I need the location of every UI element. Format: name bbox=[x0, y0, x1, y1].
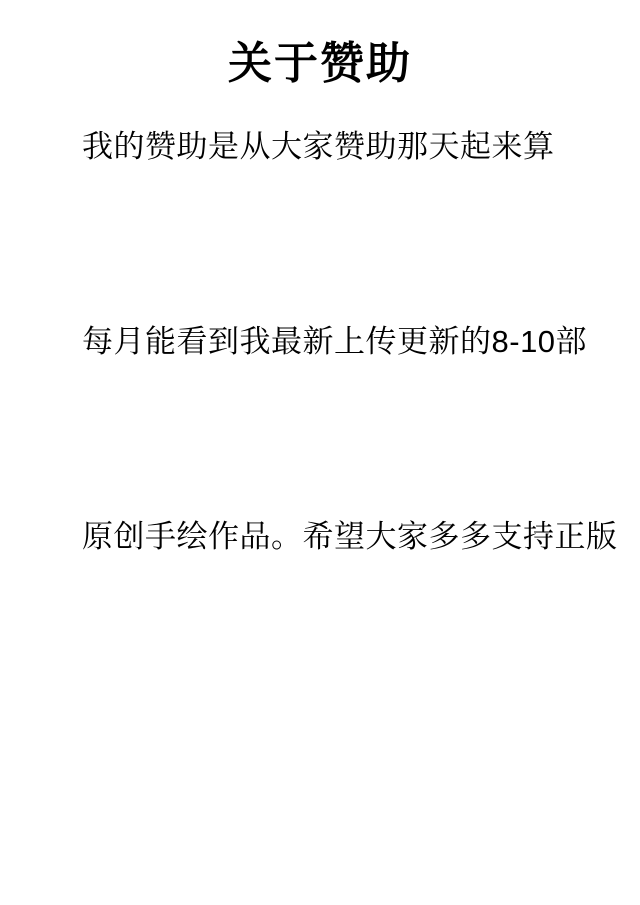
sponsorship-notice-page: 关于赞助 我的赞助是从大家赞助那天起来算 每月能看到我最新上传更新的8-10部 … bbox=[0, 0, 640, 905]
notice-line-3: 原创手绘作品。希望大家多多支持正版 bbox=[82, 521, 618, 554]
notice-line-1: 我的赞助是从大家赞助那天起来算 bbox=[82, 131, 555, 164]
page-title: 关于赞助 bbox=[0, 42, 640, 86]
notice-line-2: 每月能看到我最新上传更新的8-10部 bbox=[82, 326, 587, 359]
